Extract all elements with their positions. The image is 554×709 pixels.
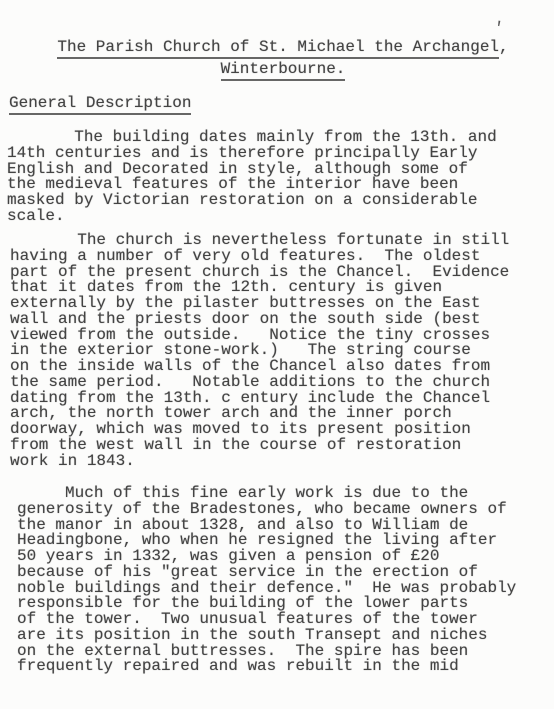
section-heading-text: General Description — [9, 94, 191, 115]
paragraph-bradestones: Much of this fine early work is due to t… — [17, 486, 516, 675]
section-heading: General Description — [9, 94, 191, 112]
document-page: ' The Parish Church of St. Michael the A… — [0, 0, 554, 709]
document-title: The Parish Church of St. Michael the Arc… — [12, 36, 554, 80]
title-line-1-comma: , — [499, 38, 509, 56]
paragraph-old-features: The church is nevertheless fortunate in … — [10, 233, 509, 469]
paragraph-building-dates: The building dates mainly from the 13th.… — [7, 130, 497, 225]
title-line-1: The Parish Church of St. Michael the Arc… — [57, 38, 499, 59]
title-line-2: Winterbourne. — [221, 60, 346, 81]
